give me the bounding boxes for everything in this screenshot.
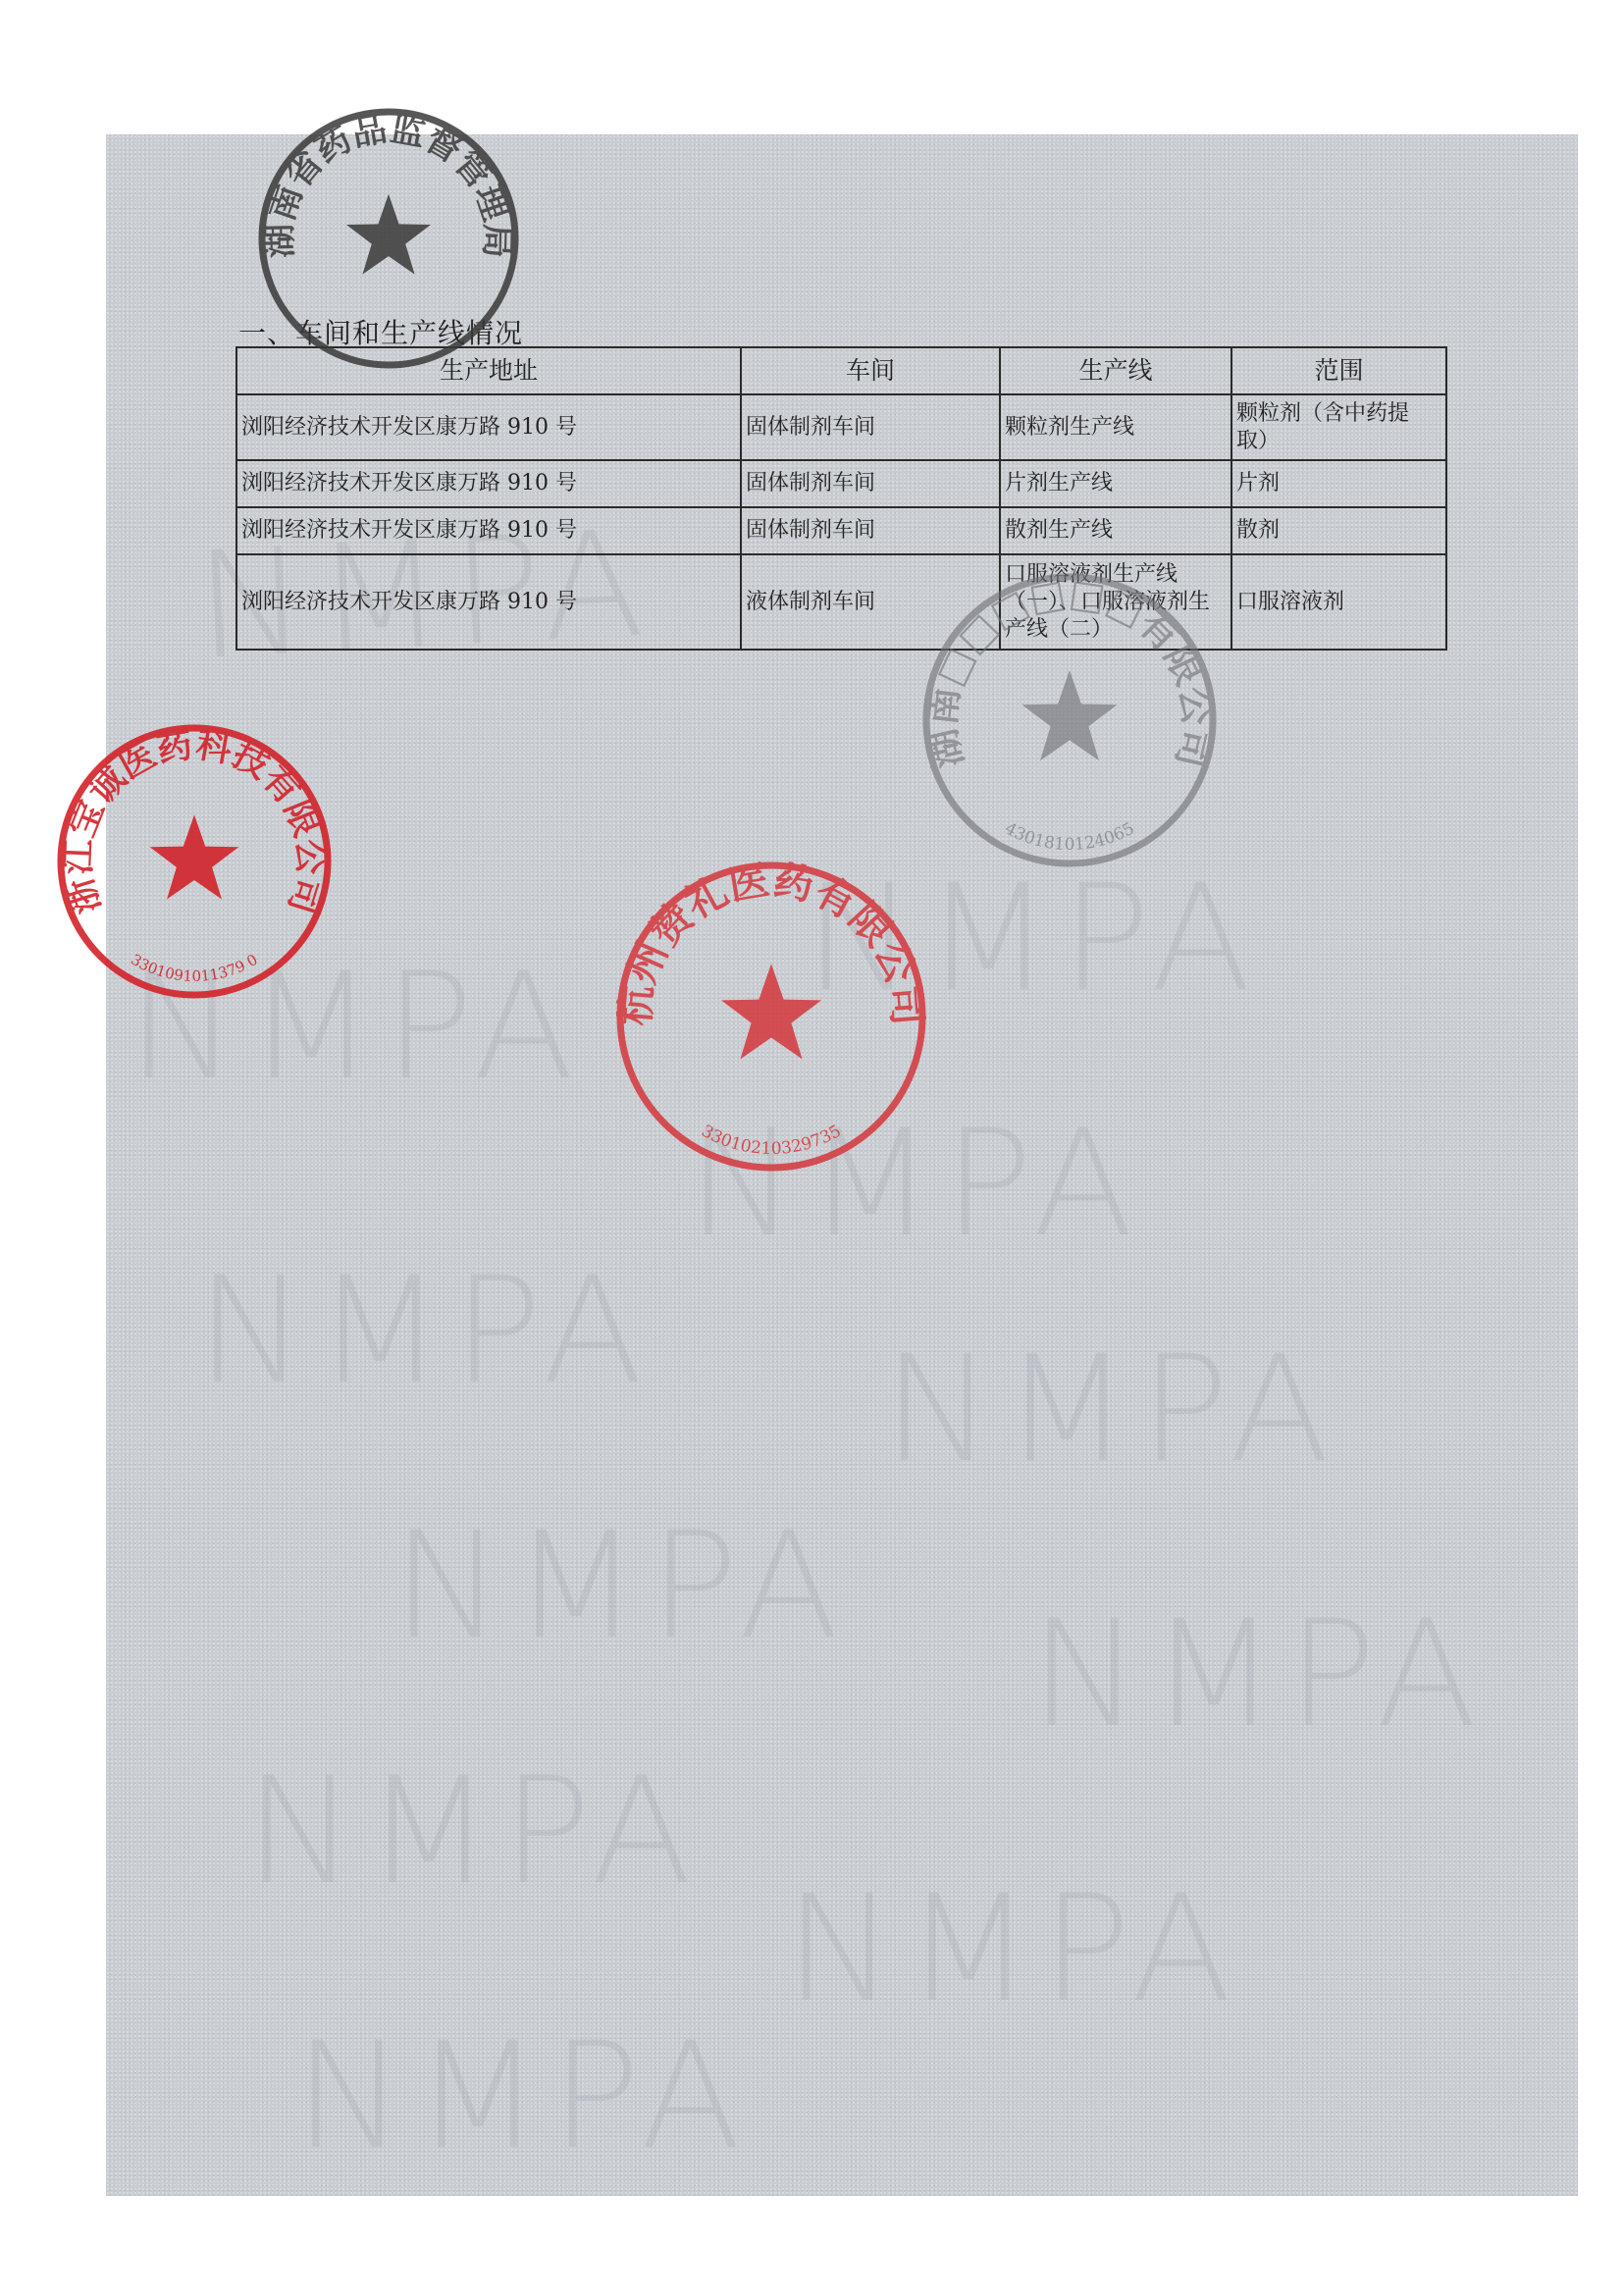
cell-address: 浏阳经济技术开发区康万路 910 号 [236,554,741,650]
watermark: NMPA [1030,1590,1487,1760]
cell-workshop: 固体制剂车间 [741,460,1000,507]
stamp-manufacturer: 湖南□□□□□□有限公司4301810124065 [922,573,1217,867]
cell-scope: 颗粒剂（含中药提取） [1231,394,1446,460]
table-row: 浏阳经济技术开发区康万路 910 号 液体制剂车间 口服溶液剂生产线（一）、口服… [236,554,1446,650]
cell-address: 浏阳经济技术开发区康万路 910 号 [236,507,741,554]
table-row: 浏阳经济技术开发区康万路 910 号 固体制剂车间 散剂生产线 散剂 [236,507,1446,554]
stamp-zhejiang-company: 浙江宝诚医药科技有限公司3301091011379 0 [57,724,332,999]
cell-address: 浏阳经济技术开发区康万路 910 号 [236,394,741,460]
svg-text:4301810124065: 4301810124065 [1001,819,1137,855]
cell-address: 浏阳经济技术开发区康万路 910 号 [236,460,741,507]
watermark: NMPA [785,1864,1241,2035]
cell-line: 散剂生产线 [1000,507,1231,554]
table-row: 浏阳经济技术开发区康万路 910 号 固体制剂车间 颗粒剂生产线 颗粒剂（含中药… [236,394,1446,460]
cell-scope: 片剂 [1231,460,1446,507]
cell-scope: 散剂 [1231,507,1446,554]
watermark: NMPA [393,1501,849,1672]
cell-scope: 口服溶液剂 [1231,554,1446,650]
svg-text:33010210329735: 33010210329735 [698,1122,844,1159]
watermark: NMPA [883,1325,1339,1495]
cell-line: 颗粒剂生产线 [1000,394,1231,460]
cell-line: 片剂生产线 [1000,460,1231,507]
watermark: NMPA [294,2011,751,2182]
stamp-regulator: 湖南省药品监督管理局 [258,108,519,369]
workshop-table: 生产地址 车间 生产线 范围 浏阳经济技术开发区康万路 910 号 固体制剂车间… [236,346,1447,651]
stamp-hangzhou-company: 杭州赞礼医药有限公司33010210329735 [616,861,926,1172]
svg-text:3301091011379 0: 3301091011379 0 [128,951,260,985]
header-scope: 范围 [1231,347,1446,394]
watermark: NMPA [245,1747,702,1917]
cell-workshop: 固体制剂车间 [741,394,1000,460]
cell-workshop: 固体制剂车间 [741,507,1000,554]
header-line: 生产线 [1000,347,1231,394]
table-row: 浏阳经济技术开发区康万路 910 号 固体制剂车间 片剂生产线 片剂 [236,460,1446,507]
watermark: NMPA [196,1246,653,1417]
header-workshop: 车间 [741,347,1000,394]
